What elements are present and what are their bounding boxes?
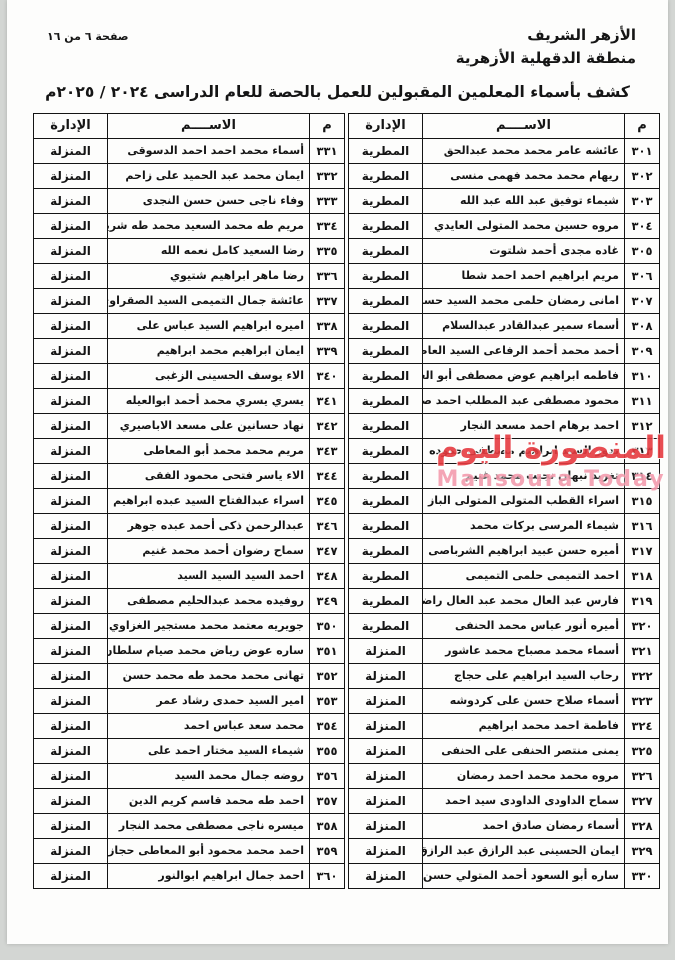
- cell-admin: المطرية: [349, 163, 423, 188]
- table-row: ٣١٨احمد التميمى حلمى التميمىالمطرية: [349, 563, 660, 588]
- cell-admin: المنزلة: [349, 713, 423, 738]
- table-row: ٣١٤تغريد نبهان نجيب محمد غنيمالمطرية: [349, 463, 660, 488]
- cell-number: ٣٤٥: [310, 488, 345, 513]
- table-row: ٣١٩فارس عبد العال محمد عبد العال راضىالم…: [349, 588, 660, 613]
- table-row: ٣٦٠احمد جمال ابراهيم ابوالنورالمنزلة: [34, 863, 345, 888]
- cell-name: جويريه معتمد محمد مستجير الغزاوي: [108, 613, 310, 638]
- cell-name: أسماء محمد مصباح محمد عاشور: [423, 638, 625, 663]
- document-title: كشف بأسماء المعلمين المقبولين للعمل بالح…: [7, 83, 668, 101]
- table-row: ٣١١محمود مصطفى عبد المطلب احمد صبحالمطري…: [349, 388, 660, 413]
- cell-name: اسراء عبدالفتاح السيد عبده ابراهيم: [108, 488, 310, 513]
- cell-admin: المنزلة: [34, 588, 108, 613]
- cell-name: رضا السعيد كامل نعمه الله: [108, 238, 310, 263]
- cell-admin: المنزلة: [34, 563, 108, 588]
- table-row: ٣٣٥رضا السعيد كامل نعمه اللهالمنزلة: [34, 238, 345, 263]
- table-row: ٣٤٧سماح رضوان أحمد محمد غنيمالمنزلة: [34, 538, 345, 563]
- cell-name: وفاء ناجى حسن حسن النجدى: [108, 188, 310, 213]
- cell-number: ٣٥٠: [310, 613, 345, 638]
- cell-name: امانى رمضان حلمى محمد السيد حسان: [423, 288, 625, 313]
- cell-admin: المنزلة: [34, 138, 108, 163]
- cell-name: مريم ابراهيم احمد احمد شطا: [423, 263, 625, 288]
- cell-admin: المطرية: [349, 613, 423, 638]
- cell-name: روضه جمال محمد السيد: [108, 763, 310, 788]
- cell-name: محمد سعد عباس احمد: [108, 713, 310, 738]
- table-row: ٣٤٩روفيده محمد عبدالحليم مصطفىالمنزلة: [34, 588, 345, 613]
- table-row: ٣٠٧امانى رمضان حلمى محمد السيد حسانالمطر…: [349, 288, 660, 313]
- table-row: ٣٥٤محمد سعد عباس احمدالمنزلة: [34, 713, 345, 738]
- cell-name: فارس عبد العال محمد عبد العال راضى: [423, 588, 625, 613]
- cell-name: عائشة جمال التميمى السيد الصقراوى: [108, 288, 310, 313]
- cell-number: ٣٠٧: [625, 288, 660, 313]
- cell-name: عبدالرحمن ذكى أحمد عبده جوهر: [108, 513, 310, 538]
- table-row: ٣٠٦مريم ابراهيم احمد احمد شطاالمطرية: [349, 263, 660, 288]
- column-header-admin: الإدارة: [34, 113, 108, 138]
- cell-name: سماح الداودى الداودى سيد احمد: [423, 788, 625, 813]
- region-name: منطقة الدقهلية الأزهرية: [456, 47, 636, 70]
- cell-admin: المطرية: [349, 538, 423, 563]
- table-row: ٣٤٥اسراء عبدالفتاح السيد عبده ابراهيمالم…: [34, 488, 345, 513]
- cell-admin: المطرية: [349, 488, 423, 513]
- cell-name: مروه حسين محمد المتولى العايدي: [423, 213, 625, 238]
- page-header: الأزهر الشريف منطقة الدقهلية الأزهرية صف…: [7, 0, 668, 71]
- cell-admin: المنزلة: [34, 513, 108, 538]
- cell-admin: المنزلة: [34, 788, 108, 813]
- cell-admin: المطرية: [349, 338, 423, 363]
- cell-number: ٣٢٤: [625, 713, 660, 738]
- table-row: ٣٢٤فاطمة احمد محمد ابراهيمالمنزلة: [349, 713, 660, 738]
- roster-tables: م الاســــم الإدارة ٣٠١عائشه عامر محمد م…: [33, 113, 660, 889]
- cell-number: ٣١٩: [625, 588, 660, 613]
- table-row: ٣١٥اسراء القطب المتولى المتولى البازالمط…: [349, 488, 660, 513]
- cell-admin: المنزلة: [34, 213, 108, 238]
- table-row: ٣٠٨أسماء سمير عبدالقادر عبدالسلامالمطرية: [349, 313, 660, 338]
- header-row: م الاســــم الإدارة: [34, 113, 345, 138]
- cell-admin: المنزلة: [34, 538, 108, 563]
- page-sheet: الأزهر الشريف منطقة الدقهلية الأزهرية صف…: [7, 0, 668, 944]
- cell-admin: المطرية: [349, 463, 423, 488]
- cell-number: ٣٣٧: [310, 288, 345, 313]
- table-row: ٣٢٩ايمان الحسينى عبد الرازق عبد الرازق ع…: [349, 838, 660, 863]
- cell-number: ٣٤٨: [310, 563, 345, 588]
- cell-number: ٣٤٧: [310, 538, 345, 563]
- table-row: ٣٢٢رحاب السيد ابراهيم على حجاجالمنزلة: [349, 663, 660, 688]
- cell-name: ساره عوض رياض محمد صيام سلطان: [108, 638, 310, 663]
- table-row: ٣٣٨اميره ابراهيم السيد عباس علىالمنزلة: [34, 313, 345, 338]
- cell-number: ٣٠٦: [625, 263, 660, 288]
- cell-name: اسراء القطب المتولى المتولى الباز: [423, 488, 625, 513]
- table-row: ٣٥٥شيماء السيد مختار احمد علىالمنزلة: [34, 738, 345, 763]
- cell-admin: المنزلة: [34, 838, 108, 863]
- table-row: ٣٢٦مروه محمد محمد احمد رمضانالمنزلة: [349, 763, 660, 788]
- cell-name: محمود مصطفى عبد المطلب احمد صبح: [423, 388, 625, 413]
- cell-name: بدور السيد ابراهيم مصطفى حموده: [423, 438, 625, 463]
- cell-name: أحمد محمد أحمد الرفاعى السيد العاصى: [423, 338, 625, 363]
- cell-number: ٣٢١: [625, 638, 660, 663]
- cell-number: ٣١٥: [625, 488, 660, 513]
- cell-number: ٣١٤: [625, 463, 660, 488]
- cell-admin: المنزلة: [349, 663, 423, 688]
- cell-number: ٣٥٢: [310, 663, 345, 688]
- cell-admin: المنزلة: [349, 738, 423, 763]
- cell-number: ٣٠٢: [625, 163, 660, 188]
- cell-number: ٣٤٦: [310, 513, 345, 538]
- cell-number: ٣٠٤: [625, 213, 660, 238]
- cell-number: ٣٠١: [625, 138, 660, 163]
- table-row: ٣٣٢ايمان محمد عبد الحميد على زاحمالمنزلة: [34, 163, 345, 188]
- cell-admin: المنزلة: [34, 463, 108, 488]
- cell-name: ايمان الحسينى عبد الرازق عبد الرازق عيسى: [423, 838, 625, 863]
- cell-number: ٣٤٢: [310, 413, 345, 438]
- table-row: ٣٢٣أسماء صلاح حسن على كردوشهالمنزلة: [349, 688, 660, 713]
- column-header-name: الاســــم: [423, 113, 625, 138]
- cell-admin: المنزلة: [34, 763, 108, 788]
- roster-table-left-wrap: م الاســــم الإدارة ٣٣١أسماء محمد احمد ا…: [33, 113, 345, 889]
- cell-admin: المنزلة: [34, 738, 108, 763]
- cell-admin: المطرية: [349, 288, 423, 313]
- cell-name: احمد السيد السيد السيد: [108, 563, 310, 588]
- cell-admin: المنزلة: [34, 163, 108, 188]
- roster-table-right-wrap: م الاســــم الإدارة ٣٠١عائشه عامر محمد م…: [348, 113, 660, 889]
- cell-admin: المنزلة: [349, 813, 423, 838]
- cell-name: تغريد نبهان نجيب محمد غنيم: [423, 463, 625, 488]
- cell-name: احمد محمد محمود أبو المعاطى حجازي: [108, 838, 310, 863]
- cell-name: فاطمة احمد محمد ابراهيم: [423, 713, 625, 738]
- table-row: ٣٣٦رضا ماهر ابراهيم شتيويالمنزلة: [34, 263, 345, 288]
- cell-admin: المطرية: [349, 188, 423, 213]
- cell-number: ٣٦٠: [310, 863, 345, 888]
- cell-number: ٣٢٨: [625, 813, 660, 838]
- cell-admin: المنزلة: [34, 188, 108, 213]
- cell-number: ٣٣٣: [310, 188, 345, 213]
- table-row: ٣١٠فاطمه ابراهيم عوض مصطفى أبو العنينالم…: [349, 363, 660, 388]
- cell-name: اميره ابراهيم السيد عباس على: [108, 313, 310, 338]
- cell-name: امير السيد حمدى رشاد عمر: [108, 688, 310, 713]
- cell-name: غاده مجدى أحمد شلتوت: [423, 238, 625, 263]
- cell-admin: المنزلة: [34, 863, 108, 888]
- cell-number: ٣٣٥: [310, 238, 345, 263]
- roster-table-left: م الاســــم الإدارة ٣٣١أسماء محمد احمد ا…: [33, 113, 345, 889]
- column-header-name: الاســــم: [108, 113, 310, 138]
- cell-name: شيماء السيد مختار احمد على: [108, 738, 310, 763]
- cell-name: ايمان محمد عبد الحميد على زاحم: [108, 163, 310, 188]
- page-number-label: صفحة ٦ من ١٦: [47, 30, 129, 43]
- cell-name: احمد جمال ابراهيم ابوالنور: [108, 863, 310, 888]
- table-row: ٣٤٨احمد السيد السيد السيدالمنزلة: [34, 563, 345, 588]
- column-header-number: م: [625, 113, 660, 138]
- cell-number: ٣٠٥: [625, 238, 660, 263]
- cell-name: مريم طه محمد السعيد محمد طه شريف: [108, 213, 310, 238]
- cell-name: شيماء المرسى بركات محمد: [423, 513, 625, 538]
- cell-admin: المنزلة: [34, 613, 108, 638]
- cell-number: ٣٥١: [310, 638, 345, 663]
- table-row: ٣٥٩احمد محمد محمود أبو المعاطى حجازيالمن…: [34, 838, 345, 863]
- cell-admin: المطرية: [349, 213, 423, 238]
- table-row: ٣٤٦عبدالرحمن ذكى أحمد عبده جوهرالمنزلة: [34, 513, 345, 538]
- cell-admin: المطرية: [349, 513, 423, 538]
- cell-number: ٣٣٤: [310, 213, 345, 238]
- cell-number: ٣٤١: [310, 388, 345, 413]
- cell-admin: المطرية: [349, 363, 423, 388]
- cell-number: ٣٥٤: [310, 713, 345, 738]
- cell-number: ٣٥٨: [310, 813, 345, 838]
- table-row: ٣٥٦روضه جمال محمد السيدالمنزلة: [34, 763, 345, 788]
- cell-name: شيماء توفيق عبد الله عبد الله: [423, 188, 625, 213]
- cell-number: ٣١٣: [625, 438, 660, 463]
- table-row: ٣٠٣شيماء توفيق عبد الله عبد اللهالمطرية: [349, 188, 660, 213]
- cell-admin: المنزلة: [349, 638, 423, 663]
- cell-number: ٣٠٣: [625, 188, 660, 213]
- table-row: ٣١٣بدور السيد ابراهيم مصطفى حمودهالمطرية: [349, 438, 660, 463]
- table-row: ٣٢٧سماح الداودى الداودى سيد احمدالمنزلة: [349, 788, 660, 813]
- table-row: ٣٤١يسري يسري محمد أحمد ابوالعيلهالمنزلة: [34, 388, 345, 413]
- cell-name: أسماء صلاح حسن على كردوشه: [423, 688, 625, 713]
- cell-number: ٣٢٠: [625, 613, 660, 638]
- table-row: ٣٥٧احمد طه محمد قاسم كريم الدينالمنزلة: [34, 788, 345, 813]
- cell-name: احمد برهام احمد مسعد النجار: [423, 413, 625, 438]
- cell-number: ٣٢٢: [625, 663, 660, 688]
- cell-number: ٣٥٣: [310, 688, 345, 713]
- cell-admin: المطرية: [349, 413, 423, 438]
- table-row: ٣٤٤الاء ياسر فتحى محمود الفقىالمنزلة: [34, 463, 345, 488]
- cell-number: ٣٣٩: [310, 338, 345, 363]
- organization-block: الأزهر الشريف منطقة الدقهلية الأزهرية: [456, 24, 636, 71]
- table-row: ٣٣٩ايمان ابراهيم محمد ابراهيمالمنزلة: [34, 338, 345, 363]
- cell-admin: المنزلة: [34, 688, 108, 713]
- cell-admin: المنزلة: [349, 763, 423, 788]
- table-row: ٣٥٢تهانى محمد محمد طه محمد حسنالمنزلة: [34, 663, 345, 688]
- table-row: ٣٢٥يمنى منتصر الحنفى على الحنفىالمنزلة: [349, 738, 660, 763]
- cell-admin: المنزلة: [34, 413, 108, 438]
- cell-number: ٣٤٤: [310, 463, 345, 488]
- cell-number: ٣٢٥: [625, 738, 660, 763]
- table-row: ٣٣٧عائشة جمال التميمى السيد الصقراوىالمن…: [34, 288, 345, 313]
- header-row: م الاســــم الإدارة: [349, 113, 660, 138]
- cell-name: احمد التميمى حلمى التميمى: [423, 563, 625, 588]
- cell-name: سماح رضوان أحمد محمد غنيم: [108, 538, 310, 563]
- cell-name: مريم محمد محمد أبو المعاطى: [108, 438, 310, 463]
- cell-admin: المنزلة: [349, 788, 423, 813]
- cell-name: يمنى منتصر الحنفى على الحنفى: [423, 738, 625, 763]
- cell-admin: المنزلة: [34, 238, 108, 263]
- cell-name: ميسره ناجى مصطفى محمد النجار: [108, 813, 310, 838]
- cell-number: ٣١٢: [625, 413, 660, 438]
- cell-admin: المنزلة: [34, 363, 108, 388]
- cell-name: ساره أبو السعود أحمد المتولي حسن شلبى: [423, 863, 625, 888]
- cell-number: ٣١٠: [625, 363, 660, 388]
- table-row: ٣٥٠جويريه معتمد محمد مستجير الغزاويالمنز…: [34, 613, 345, 638]
- table-row: ٣٢١أسماء محمد مصباح محمد عاشورالمنزلة: [349, 638, 660, 663]
- table-row: ٣٢٨أسماء رمضان صادق احمدالمنزلة: [349, 813, 660, 838]
- cell-number: ٣٣٠: [625, 863, 660, 888]
- cell-number: ٣٤٠: [310, 363, 345, 388]
- cell-number: ٣٣٨: [310, 313, 345, 338]
- column-header-number: م: [310, 113, 345, 138]
- cell-name: أميره أنور عباس محمد الحنفى: [423, 613, 625, 638]
- cell-name: روفيده محمد عبدالحليم مصطفى: [108, 588, 310, 613]
- cell-name: مروه محمد محمد احمد رمضان: [423, 763, 625, 788]
- cell-name: يسري يسري محمد أحمد ابوالعيله: [108, 388, 310, 413]
- roster-table-right: م الاســــم الإدارة ٣٠١عائشه عامر محمد م…: [348, 113, 660, 889]
- cell-name: رضا ماهر ابراهيم شتيوي: [108, 263, 310, 288]
- table-row: ٣٣٠ساره أبو السعود أحمد المتولي حسن شلبى…: [349, 863, 660, 888]
- column-header-admin: الإدارة: [349, 113, 423, 138]
- table-row: ٣١٧أميره حسن عبيد ابراهيم الشرباصىالمطري…: [349, 538, 660, 563]
- cell-admin: المطرية: [349, 313, 423, 338]
- cell-name: ريهام محمد محمد فهمى منسى: [423, 163, 625, 188]
- cell-number: ٣٤٩: [310, 588, 345, 613]
- table-row: ٣٥٨ميسره ناجى مصطفى محمد النجارالمنزلة: [34, 813, 345, 838]
- cell-name: تهانى محمد محمد طه محمد حسن: [108, 663, 310, 688]
- cell-name: أسماء سمير عبدالقادر عبدالسلام: [423, 313, 625, 338]
- cell-name: أسماء رمضان صادق احمد: [423, 813, 625, 838]
- table-row: ٣٠٩أحمد محمد أحمد الرفاعى السيد العاصىال…: [349, 338, 660, 363]
- cell-admin: المطرية: [349, 438, 423, 463]
- table-row: ٣٥٣امير السيد حمدى رشاد عمرالمنزلة: [34, 688, 345, 713]
- cell-number: ٣٣١: [310, 138, 345, 163]
- table-row: ٣٠٥غاده مجدى أحمد شلتوتالمطرية: [349, 238, 660, 263]
- cell-number: ٣١٧: [625, 538, 660, 563]
- cell-number: ٣٢٦: [625, 763, 660, 788]
- table-row: ٣٤٠الاء يوسف الحسينى الزغبىالمنزلة: [34, 363, 345, 388]
- cell-number: ٣٢٣: [625, 688, 660, 713]
- cell-admin: المنزلة: [34, 288, 108, 313]
- cell-admin: المنزلة: [34, 638, 108, 663]
- table-row: ٣٠٢ريهام محمد محمد فهمى منسىالمطرية: [349, 163, 660, 188]
- cell-admin: المنزلة: [34, 263, 108, 288]
- cell-admin: المطرية: [349, 263, 423, 288]
- cell-admin: المنزلة: [349, 838, 423, 863]
- cell-admin: المنزلة: [34, 488, 108, 513]
- cell-name: أميره حسن عبيد ابراهيم الشرباصى: [423, 538, 625, 563]
- cell-admin: المنزلة: [34, 663, 108, 688]
- cell-number: ٣١٨: [625, 563, 660, 588]
- table-row: ٣٤٢نهاد حسانين على مسعد الاباصيريالمنزلة: [34, 413, 345, 438]
- cell-number: ٣٠٨: [625, 313, 660, 338]
- cell-admin: المطرية: [349, 238, 423, 263]
- cell-name: ايمان ابراهيم محمد ابراهيم: [108, 338, 310, 363]
- table-row: ٣٥١ساره عوض رياض محمد صيام سلطانالمنزلة: [34, 638, 345, 663]
- table-row: ٣٣١أسماء محمد احمد احمد الدسوقىالمنزلة: [34, 138, 345, 163]
- cell-admin: المطرية: [349, 588, 423, 613]
- cell-number: ٣٥٦: [310, 763, 345, 788]
- table-row: ٣١٦شيماء المرسى بركات محمدالمطرية: [349, 513, 660, 538]
- cell-admin: المنزلة: [34, 813, 108, 838]
- scanned-document: { "page": { "org_line1": "الأزهر الشريف"…: [0, 0, 675, 960]
- cell-admin: المنزلة: [349, 688, 423, 713]
- table-row: ٣٤٣مريم محمد محمد أبو المعاطىالمنزلة: [34, 438, 345, 463]
- table-row: ٣٣٣وفاء ناجى حسن حسن النجدىالمنزلة: [34, 188, 345, 213]
- cell-admin: المنزلة: [34, 713, 108, 738]
- cell-number: ٣٤٣: [310, 438, 345, 463]
- table-row: ٣٢٠أميره أنور عباس محمد الحنفىالمطرية: [349, 613, 660, 638]
- cell-admin: المنزلة: [34, 388, 108, 413]
- table-row: ٣٠١عائشه عامر محمد محمد عبدالحقالمطرية: [349, 138, 660, 163]
- table-row: ٣٠٤مروه حسين محمد المتولى العايديالمطرية: [349, 213, 660, 238]
- cell-number: ٣٣٦: [310, 263, 345, 288]
- cell-number: ٣١٦: [625, 513, 660, 538]
- cell-name: فاطمه ابراهيم عوض مصطفى أبو العنين: [423, 363, 625, 388]
- cell-number: ٣٠٩: [625, 338, 660, 363]
- organization-name: الأزهر الشريف: [474, 24, 636, 47]
- cell-name: نهاد حسانين على مسعد الاباصيري: [108, 413, 310, 438]
- cell-admin: المنزلة: [34, 438, 108, 463]
- cell-name: رحاب السيد ابراهيم على حجاج: [423, 663, 625, 688]
- table-row: ٣١٢احمد برهام احمد مسعد النجارالمطرية: [349, 413, 660, 438]
- cell-admin: المطرية: [349, 138, 423, 163]
- cell-number: ٣٣٢: [310, 163, 345, 188]
- cell-number: ٣٢٧: [625, 788, 660, 813]
- cell-admin: المطرية: [349, 388, 423, 413]
- cell-name: أسماء محمد احمد احمد الدسوقى: [108, 138, 310, 163]
- cell-name: الاء ياسر فتحى محمود الفقى: [108, 463, 310, 488]
- cell-number: ٣٥٩: [310, 838, 345, 863]
- cell-admin: المنزلة: [34, 338, 108, 363]
- cell-admin: المنزلة: [34, 313, 108, 338]
- cell-admin: المطرية: [349, 563, 423, 588]
- cell-name: عائشه عامر محمد محمد عبدالحق: [423, 138, 625, 163]
- table-row: ٣٣٤مريم طه محمد السعيد محمد طه شريفالمنز…: [34, 213, 345, 238]
- cell-name: الاء يوسف الحسينى الزغبى: [108, 363, 310, 388]
- cell-number: ٣١١: [625, 388, 660, 413]
- cell-number: ٣٢٩: [625, 838, 660, 863]
- cell-admin: المنزلة: [349, 863, 423, 888]
- cell-number: ٣٥٥: [310, 738, 345, 763]
- cell-name: احمد طه محمد قاسم كريم الدين: [108, 788, 310, 813]
- cell-number: ٣٥٧: [310, 788, 345, 813]
